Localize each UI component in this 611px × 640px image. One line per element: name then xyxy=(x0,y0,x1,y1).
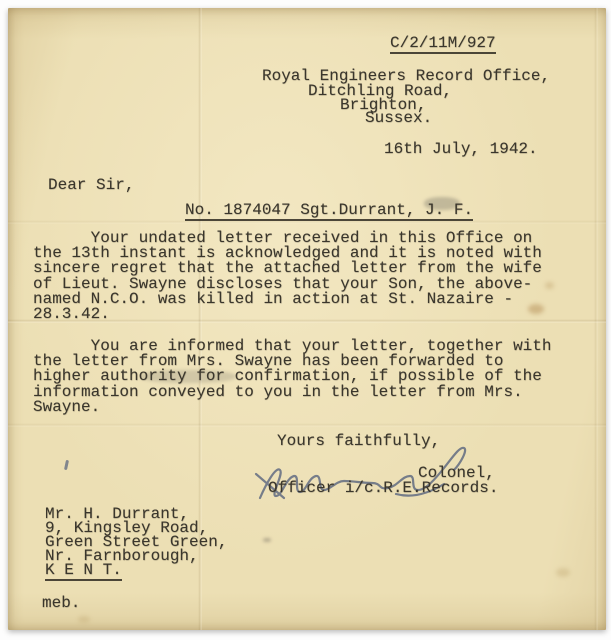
scanned-letter-image: C/2/11M/927 Royal Engineers Record Offic… xyxy=(0,0,611,640)
signatory-title: Officer i/c.R.E.Records. xyxy=(268,481,498,496)
typist-initials: meb. xyxy=(42,596,80,611)
subject-line: No. 1874047 Sgt.Durrant, J. F. xyxy=(185,203,473,221)
paper-stain xyxy=(556,568,570,577)
salutation: Dear Sir, xyxy=(48,178,134,193)
body-paragraph-2: You are informed that your letter, toget… xyxy=(33,339,551,415)
paper-stain xyxy=(545,282,554,289)
letter-date: 16th July, 1942. xyxy=(384,142,538,157)
horizontal-fold-crease-lower xyxy=(8,423,606,427)
reference-number: C/2/11M/927 xyxy=(390,36,496,54)
paper-stain xyxy=(78,616,90,623)
small-mark xyxy=(263,538,271,542)
body-paragraph-1: Your undated letter received in this Off… xyxy=(33,231,542,322)
pen-tick-mark xyxy=(64,460,69,470)
sender-address-line-4: Sussex. xyxy=(365,111,432,126)
recipient-address-county: K E N T. xyxy=(45,563,122,581)
letter-paper: C/2/11M/927 Royal Engineers Record Offic… xyxy=(8,8,606,630)
